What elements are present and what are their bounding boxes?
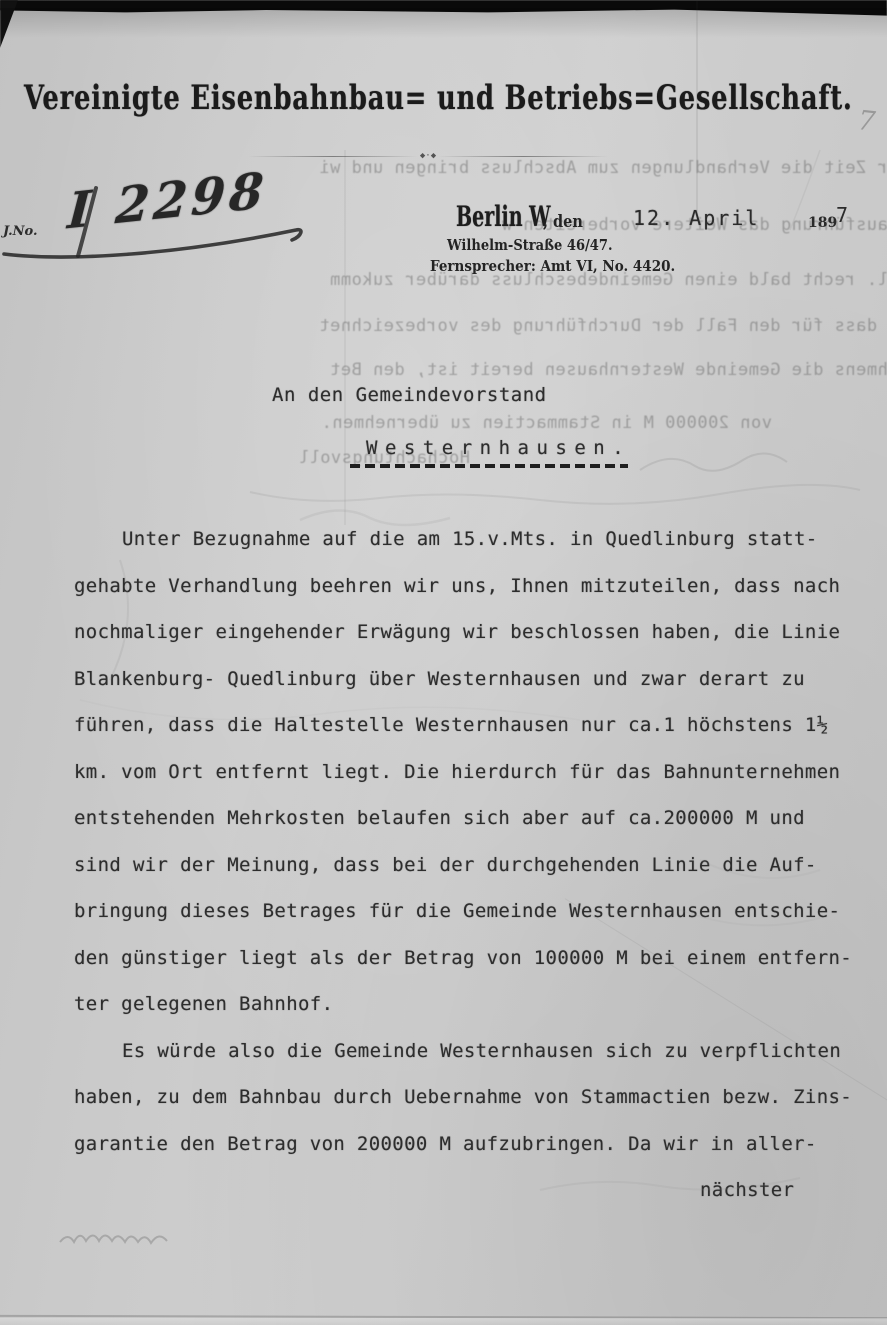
letter-body: Unter Bezugnahme auf die am 15.v.Mts. in… — [74, 516, 864, 1214]
body-line: km. vom Ort entfernt liegt. Die hierdurc… — [74, 749, 864, 796]
body-line: den günstiger liegt als der Betrag von 1… — [74, 935, 864, 982]
paper-crease-vertical — [344, 150, 346, 525]
bleedthrough-line: lassen, dass für den Fall der Durchführu… — [233, 316, 887, 336]
body-line: bringung dieses Betrages für die Gemeind… — [74, 888, 864, 935]
ornamental-divider: ◆·◆ — [248, 150, 608, 162]
pencil-mark-7: 7 — [856, 105, 876, 138]
dateline-den-label: , den — [543, 212, 583, 232]
recipient-line-1: An den Gemeindevorstand — [272, 384, 547, 406]
body-line: Unter Bezugnahme auf die am 15.v.Mts. in… — [74, 516, 864, 563]
dateline-typed-date: 12. April — [633, 206, 759, 230]
dateline-year-printed: 189 — [808, 215, 837, 231]
letterhead-street-address: Wilhelm-Straße 46/47. — [447, 237, 613, 254]
dateline-year-typed: 7 — [836, 203, 848, 227]
body-line: gehabte Verhandlung beehren wir uns, Ihn… — [74, 563, 864, 610]
scanned-letter-page: nächster Zeit die Verhandlungen zum Absc… — [0, 0, 887, 1325]
body-line: Blankenburg- Quedlinburg über Westernhau… — [74, 656, 864, 703]
body-line: ter gelegenen Bahnhof. — [74, 981, 864, 1028]
bleedthrough-line: Unternehmens die Gemeinde Westernhausen … — [233, 360, 887, 380]
recipient-dashed-underline — [350, 464, 628, 468]
letterhead-telephone: Fernsprecher: Amt VI, No. 4420. — [430, 257, 675, 275]
divider-gem-icon: ◆·◆ — [418, 152, 438, 161]
paper-edge-bottom — [0, 1318, 887, 1325]
body-line: führen, dass die Haltestelle Westernhaus… — [74, 702, 864, 749]
journal-number-label: J.No. — [3, 224, 38, 239]
body-line: haben, zu dem Bahnbau durch Uebernahme v… — [74, 1074, 864, 1121]
catchword: nächster — [74, 1167, 864, 1214]
recipient-line-2: Westernhausen. — [366, 437, 631, 459]
body-line: nochmaliger eingehender Erwägung wir bes… — [74, 609, 864, 656]
body-line: Es würde also die Gemeinde Westernhausen… — [74, 1028, 864, 1075]
divider-rule-right — [438, 156, 608, 157]
body-line: garantie den Betrag von 200000 M aufzubr… — [74, 1121, 864, 1168]
dateline-place: Berlin W — [456, 200, 551, 233]
divider-rule-left — [248, 156, 418, 157]
body-line: sind wir der Meinung, dass bei der durch… — [74, 842, 864, 889]
bleedthrough-line: von 200000 M in Stammactien zu übernehme… — [340, 413, 772, 433]
scan-edge-shadow — [0, 8, 887, 38]
letterhead-company-name: Vereinigte Eisenbahnbau= und Betriebs=Ge… — [24, 78, 853, 118]
body-line: entstehenden Mehrkosten belaufen sich ab… — [74, 795, 864, 842]
